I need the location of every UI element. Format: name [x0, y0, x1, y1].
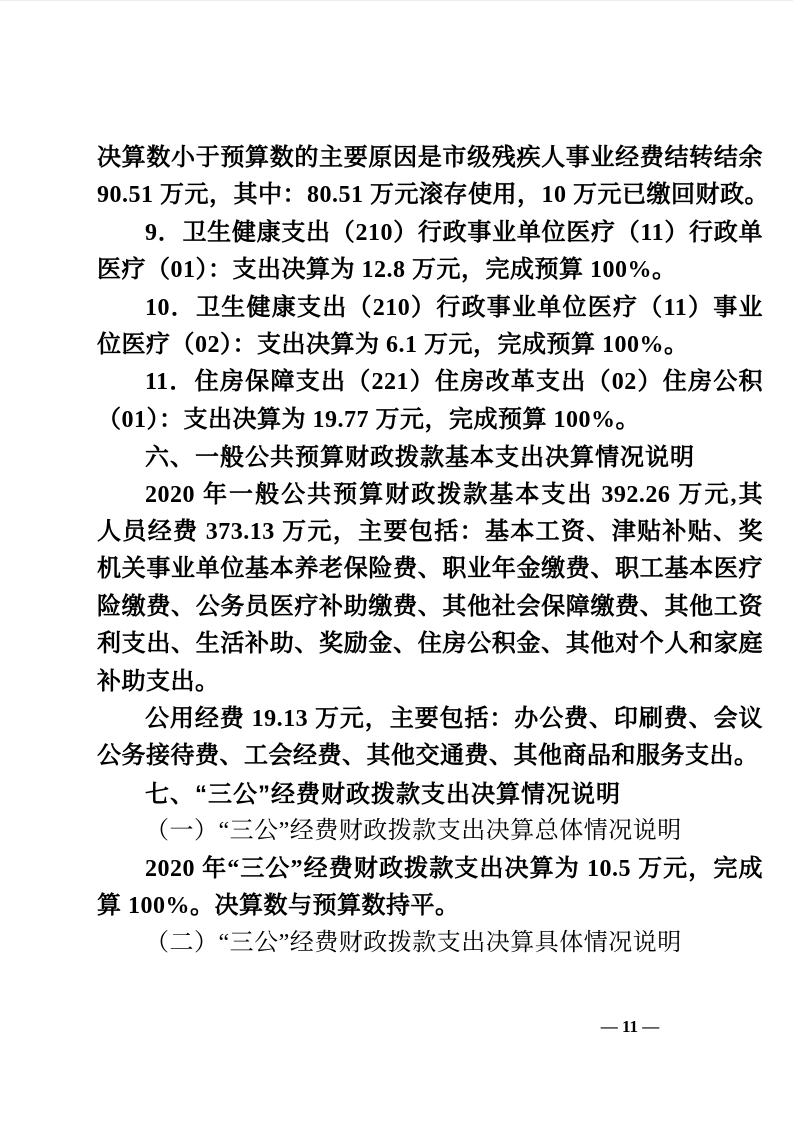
section-heading: 六、一般公共预算财政拨款基本支出决算情况说明	[97, 439, 763, 476]
text-line: 90.51 万元，其中：80.51 万元滚存使用，10 万元已缴回财政。	[97, 177, 763, 214]
text-line: 2020 年一般公共预算财政拨款基本支出 392.26 万元,其中：	[97, 477, 763, 514]
text-line: 机关事业单位基本养老保险费、职业年金缴费、职工基本医疗保	[97, 551, 763, 588]
text-line: 公务接待费、工会经费、其他交通费、其他商品和服务支出。	[97, 738, 763, 775]
text-line: 9．卫生健康支出（210）行政事业单位医疗（11）行政单位	[97, 215, 763, 252]
text-line: 医疗（01）：支出决算为 12.8 万元，完成预算 100%。	[97, 252, 763, 289]
text-line: （01）：支出决算为 19.77 万元，完成预算 100%。	[97, 402, 763, 439]
section-heading: 七、“三公”经费财政拨款支出决算情况说明	[97, 776, 763, 813]
subsection-heading: （二）“三公”经费财政拨款支出决算具体情况说明	[97, 925, 763, 962]
document-body: 决算数小于预算数的主要原因是市级残疾人事业经费结转结余 90.51 万元，其中：…	[97, 140, 763, 963]
text-line: 人员经费 373.13 万元，主要包括：基本工资、津贴补贴、奖金、	[97, 514, 763, 551]
text-line: 补助支出。	[97, 664, 763, 701]
text-line: 决算数小于预算数的主要原因是市级残疾人事业经费结转结余	[97, 140, 763, 177]
text-line: 11．住房保障支出（221）住房改革支出（02）住房公积金	[97, 364, 763, 401]
text-line: 公用经费 19.13 万元，主要包括：办公费、印刷费、会议费、	[97, 701, 763, 738]
text-line: 位医疗（02）：支出决算为 6.1 万元，完成预算 100%。	[97, 327, 763, 364]
text-line: 险缴费、公务员医疗补助缴费、其他社会保障缴费、其他工资福	[97, 589, 763, 626]
subsection-heading: （一）“三公”经费财政拨款支出决算总体情况说明	[97, 813, 763, 850]
text-line: 利支出、生活补助、奖励金、住房公积金、其他对个人和家庭的	[97, 626, 763, 663]
page-number: — 11 —	[580, 1017, 680, 1037]
text-line: 2020 年“三公”经费财政拨款支出决算为 10.5 万元，完成预	[97, 851, 763, 888]
text-line: 算 100%。决算数与预算数持平。	[97, 888, 763, 925]
document-page: 决算数小于预算数的主要原因是市级残疾人事业经费结转结余 90.51 万元，其中：…	[0, 0, 793, 1123]
text-line: 10．卫生健康支出（210）行政事业单位医疗（11）事业单	[97, 290, 763, 327]
